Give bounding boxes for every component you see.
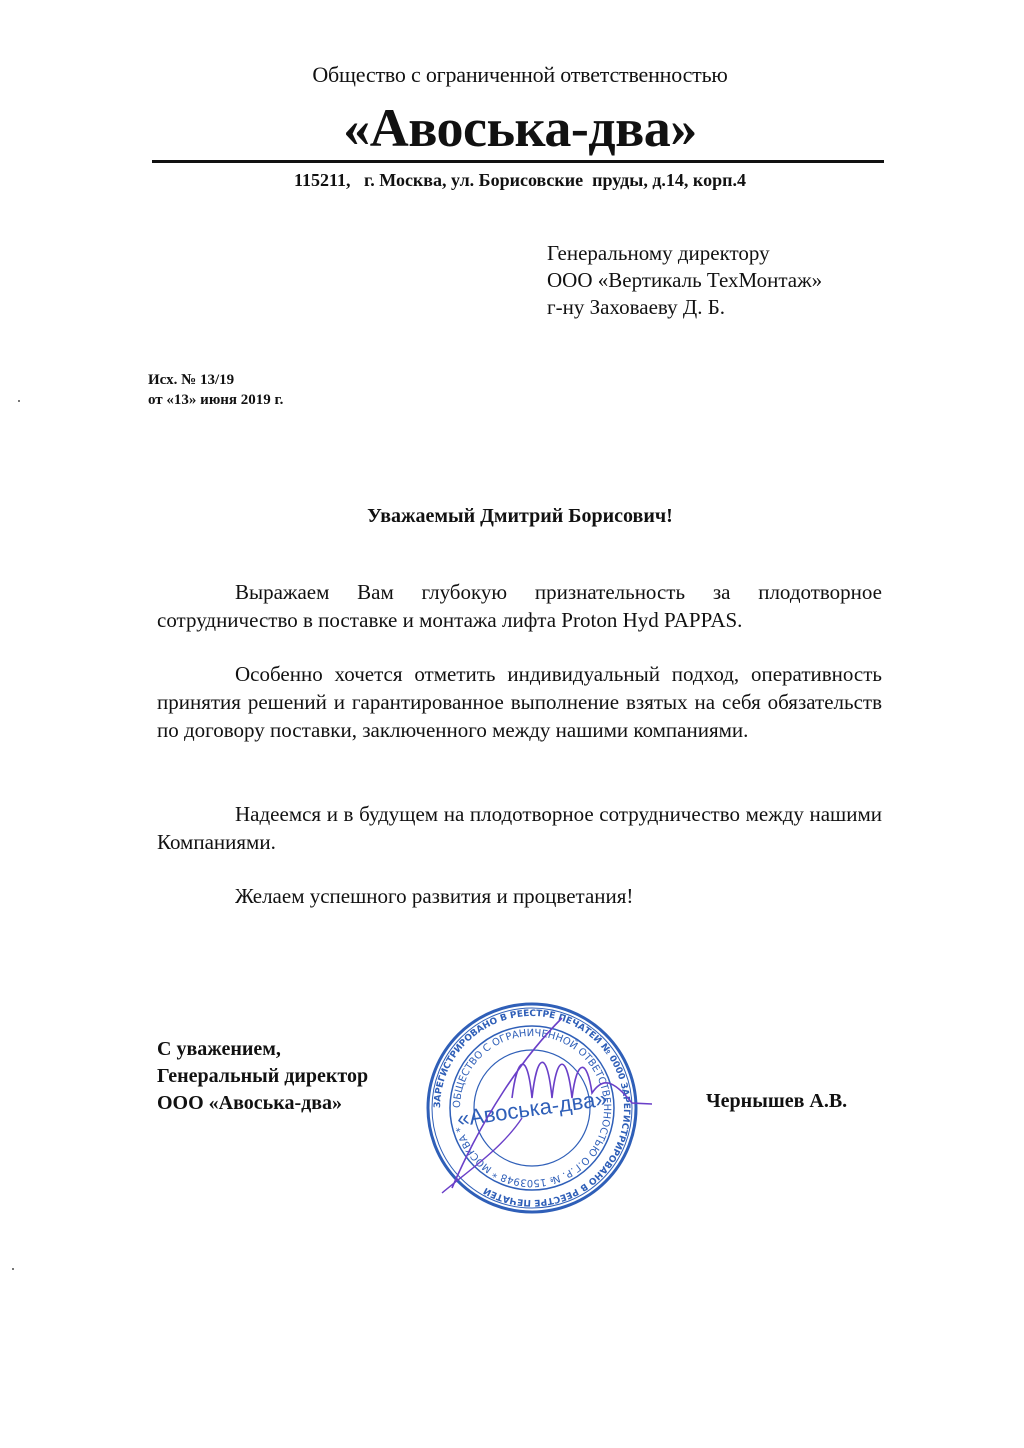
scan-artifact bbox=[12, 1268, 14, 1270]
outgoing-date: от «13» июня 2019 г. bbox=[148, 390, 283, 410]
stamp-seal-icon: ЗАРЕГИСТРИРОВАНО В РЕЕСТРЕ ПЕЧАТЕЙ № 000… bbox=[412, 998, 652, 1218]
paragraph-text: Выражаем Вам глубокую признательность за… bbox=[157, 578, 882, 634]
recipient-block: Генеральному директору ООО «Вертикаль Те… bbox=[547, 240, 822, 321]
closing-company: ООО «Авоська-два» bbox=[157, 1090, 368, 1117]
closing-block: С уважением, Генеральный директор ООО «А… bbox=[157, 1036, 368, 1117]
outgoing-number: Исх. № 13/19 bbox=[148, 370, 283, 390]
paragraph-3: Надеемся и в будущем на плодотворное сот… bbox=[157, 800, 882, 856]
letterhead-divider bbox=[152, 160, 884, 163]
letterhead-org-type: Общество с ограниченной ответственностью bbox=[0, 62, 1024, 88]
outgoing-reference: Исх. № 13/19 от «13» июня 2019 г. bbox=[148, 370, 283, 410]
paragraph-text: Надеемся и в будущем на плодотворное сот… bbox=[157, 800, 882, 856]
closing-position: Генеральный директор bbox=[157, 1063, 368, 1090]
letterhead-address: 115211, г. Москва, ул. Борисовские пруды… bbox=[0, 170, 1024, 191]
letterhead-org-name: «Авоська-два» bbox=[0, 98, 1024, 158]
salutation: Уважаемый Дмитрий Борисович! bbox=[0, 505, 1024, 528]
paragraph-1: Выражаем Вам глубокую признательность за… bbox=[157, 578, 882, 634]
company-stamp: ЗАРЕГИСТРИРОВАНО В РЕЕСТРЕ ПЕЧАТЕЙ № 000… bbox=[412, 998, 652, 1218]
paragraph-text: Особенно хочется отметить индивидуальный… bbox=[157, 660, 882, 744]
signer-name: Чернышев А.В. bbox=[706, 1090, 847, 1113]
paragraph-text: Желаем успешного развития и процветания! bbox=[157, 882, 882, 910]
paragraph-2: Особенно хочется отметить индивидуальный… bbox=[157, 660, 882, 744]
recipient-title: Генеральному директору bbox=[547, 240, 822, 267]
recipient-company: ООО «Вертикаль ТехМонтаж» bbox=[547, 267, 822, 294]
recipient-name: г-ну Заховаеву Д. Б. bbox=[547, 294, 822, 321]
paragraph-4: Желаем успешного развития и процветания! bbox=[157, 882, 882, 910]
closing-regards: С уважением, bbox=[157, 1036, 368, 1063]
scan-artifact bbox=[18, 400, 20, 402]
